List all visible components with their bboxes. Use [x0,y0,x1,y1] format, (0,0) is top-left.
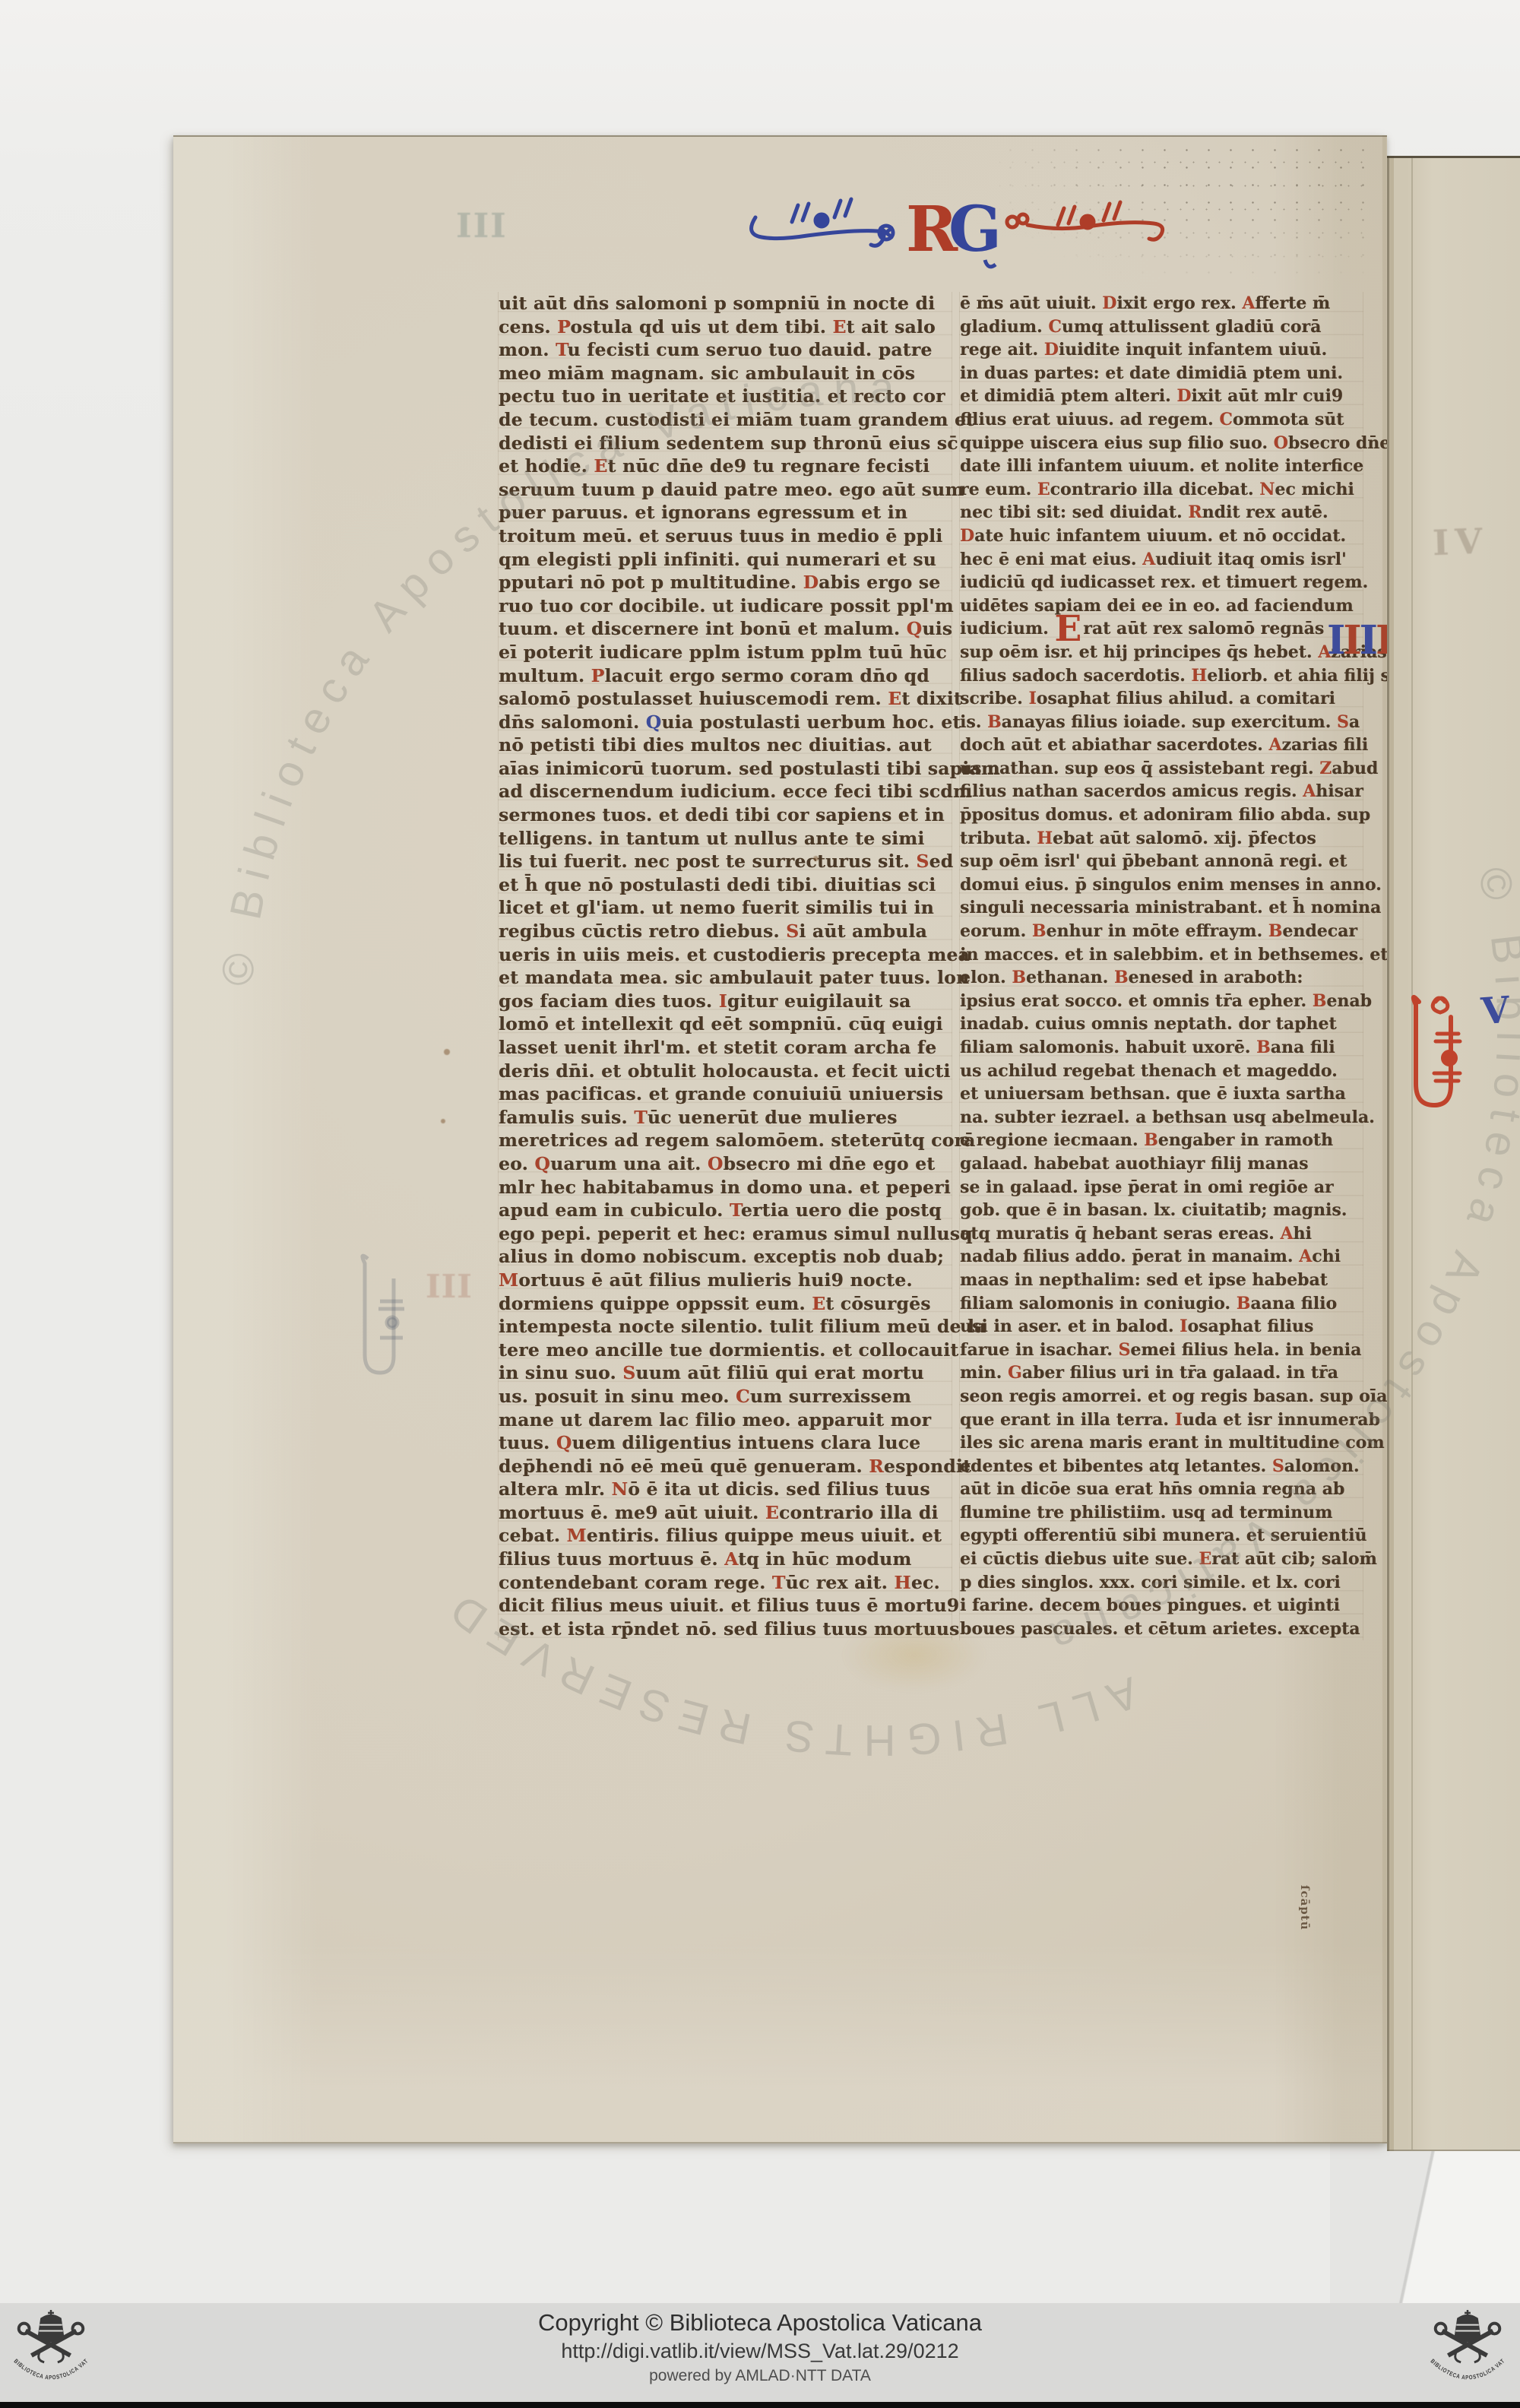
manuscript-line: uidētes sapiam dei ee in eo. ad faciendu… [960,594,1363,618]
manuscript-line: et mandata mea. sic ambulauit pater tuus… [499,966,952,990]
manuscript-line: dicit filius meus uiuit. et filius tuus … [499,1594,952,1617]
manuscript-line: na. subter iezrael. a bethsan usq abelme… [960,1106,1363,1130]
manuscript-line: lomō et intellexit qd eēt sompniū. cūq e… [499,1012,952,1036]
footer-url: http://digi.vatlib.it/view/MSS_Vat.lat.2… [0,2340,1520,2363]
manuscript-line: eorum. Benhur in mōte effraym. Bendecar [960,920,1363,943]
manuscript-line: maas in nepthalim: sed et ipse habebat [960,1269,1363,1292]
manuscript-line: domui eius. p̄ singulos enim menses in a… [960,873,1363,897]
manuscript-line: filius tuus mortuus ē. Atq in hūc modum [499,1548,952,1571]
manuscript-line: puer paruus. et ignorans egressum et in [499,501,952,524]
manuscript-line: in sinu suo. Suum aūt filiū qui erat mor… [499,1361,952,1385]
manuscript-line: seruum tuum p dauid patre meo. ego aūt s… [499,478,952,502]
manuscript-line: aūt in dicōe sua erat hn̄s omnia regna a… [960,1478,1363,1501]
manuscript-line: et uniuersam bethsan. que ē iuxta sartha [960,1082,1363,1106]
text-column-left: uit aūt dn̄s salomoni p sompniū in nocte… [498,292,952,1640]
manuscript-line: us. posuit in sinu meo. Cum surrexissem [499,1385,952,1408]
parchment-freckle [441,1119,445,1123]
manuscript-line: i farine. decem boues pingues. et uigint… [960,1594,1363,1617]
next-leaf-edge: IV V [1387,156,1520,2151]
manuscript-line: re eum. Econtrario illa dicebat. Nec mic… [960,478,1363,502]
manuscript-line: ē m̄s aūt uiuit. Dixit ergo rex. Afferte… [960,292,1363,315]
manuscript-line: salomō postulasset huiuscemodi rem. Et d… [499,687,952,711]
ghost-numeral-left: III [426,1268,473,1305]
chapter-numeral-stroke: I [1343,617,1359,664]
manuscript-line: deris dn̄i. et obtulit holocausta. et fe… [499,1060,952,1083]
manuscript-line: hec ē eni mat eius. Audiuit itaq omis is… [960,548,1363,572]
manuscript-line: singuli necessaria ministrabant. et h̄ n… [960,896,1363,920]
manuscript-line: aīas inimicorū tuorum. sed postulasti ti… [499,757,952,781]
manuscript-line: p̄positus domus. et adoniram filio abda.… [960,803,1363,827]
manuscript-line: que erant in illa terra. Iuda et isr inn… [960,1408,1363,1432]
red-marginal-flourish [1405,988,1466,1125]
manuscript-line: regibus cūctis retro diebus. Si aūt ambu… [499,920,952,943]
manuscript-line: eo. Quarum una ait. Obsecro mi dn̄e ego … [499,1152,952,1176]
manuscript-line: nō petisti tibi dies multos nec diuitias… [499,733,952,757]
manuscript-line: telligens. in tantum ut nullus ante te s… [499,827,952,851]
footer-black-bar [0,2402,1520,2408]
blue-flourish [752,199,893,246]
vatican-library-logo-right: BIBLIOTECA APOSTOLICA VATICANA [1423,2308,1512,2397]
manuscript-line: in macces. et in salebbim. et in bethsem… [960,943,1363,967]
manuscript-line: de tecum. custodisti ei miām tuam grande… [499,408,952,432]
digitized-manuscript-photo: R G uit aūt dn̄s salomoni p sompniū in n… [0,0,1520,2408]
manuscript-line: mas pacificas. et grande conuiuiū uniuer… [499,1082,952,1106]
manuscript-line: edentes et bibentes atq letantes. Salomo… [960,1455,1363,1478]
manuscript-line: Mortuus ē aūt filius mulieris hui9 nocte… [499,1269,952,1292]
manuscript-line: qm elegisti ppli infiniti. qui numerari … [499,548,952,572]
manuscript-line: cens. Postula qd uis ut dem tibi. Et ait… [499,315,952,339]
manuscript-line: sup oēm isrl' qui p̄bebant annonā regi. … [960,850,1363,873]
chapter-numeral-stroke: I [1327,617,1343,664]
manuscript-line: us nathan. sup eos q̄ assistebant regi. … [960,757,1363,781]
manuscript-line: meo miām magnam. sic ambulauit in cōs [499,362,952,385]
manuscript-line: dedisti ei filium sedentem sup thronū ei… [499,432,952,455]
manuscript-line: eī poterit iudicare pplm istum pplm tuū … [499,641,952,664]
manuscript-line: ad discernendum iudicium. ecce feci tibi… [499,780,952,803]
footer-band: BIBLIOTECA APOSTOLICA VATICANA Copyright… [0,2303,1520,2402]
manuscript-line: usi in aser. et in balod. Iosaphat filiu… [960,1315,1363,1339]
manuscript-line: mlr hec habitabamus in domo una. et pepe… [499,1176,952,1199]
manuscript-line: nadab filius addo. p̄erat in manaim. Ach… [960,1245,1363,1269]
manuscript-line: apud eam in cubiculo. Tertia uero die po… [499,1199,952,1222]
parchment-freckle [1094,534,1098,537]
manuscript-line: intempesta nocte silentio. tulit filium … [499,1315,952,1339]
parchment-stain [842,1619,986,1691]
manuscript-line: flumine tre philistiim. usq ad terminum [960,1501,1363,1525]
manuscript-line: famulis suis. Tūc uenerūt due mulieres [499,1106,952,1130]
backdrop-crease [1330,2136,1520,2307]
manuscript-line: atq muratis q̄ hebant seras ereas. Ahi [960,1222,1363,1246]
manuscript-line: filiam salomonis. habuit uxorē. Bana fil… [960,1036,1363,1060]
fold-line [1411,158,1413,2150]
footer-powered-by: powered by AMLAD·NTT DATA [0,2367,1520,2385]
manuscript-line: inadab. cuius omnis neptath. dor taphet [960,1012,1363,1036]
manuscript-line: mon. Tu fecisti cum seruo tuo dauid. pat… [499,338,952,362]
keys-tiara-emblem [1436,2310,1500,2362]
manuscript-line: gos faciam dies tuos. Igitur euigilauit … [499,990,952,1013]
manuscript-line: us achilud regebat thenach et mageddo. [960,1060,1363,1083]
manuscript-line: tuum. et discernere int bonū et malum. Q… [499,617,952,641]
chapter-numeral-IIII: IIII [1327,617,1392,664]
manuscript-line: filiam salomonis in coniugio. Baana fili… [960,1292,1363,1316]
manuscript-line: boues pascuales. et cētum arietes. excep… [960,1617,1363,1641]
manuscript-line: is. Banayas filius ioiade. sup exercitum… [960,711,1363,734]
manuscript-line: ego pepi. peperit et hec: eramus simul n… [499,1222,952,1246]
manuscript-line: tere meo ancille tue dormientis. et coll… [499,1339,952,1362]
manuscript-line: dn̄s salomoni. Quia postulasti uerbum ho… [499,711,952,734]
manuscript-line: tributa. Hebat aūt salomō. xij. p̄fectos [960,827,1363,851]
manuscript-line: mane ut darem lac filio meo. apparuit mo… [499,1408,952,1432]
manuscript-line: farue in isachar. Semei filius hela. in … [960,1339,1363,1362]
manuscript-line: gob. que ē in basan. lx. ciuitatib; magn… [960,1199,1363,1222]
manuscript-line: et hodie. Et nūc dn̄e de9 tu regnare fec… [499,455,952,478]
manuscript-line: gladium. Cumq attulissent gladiū corā [960,315,1363,339]
manuscript-line: in duas partes: et date dimidiā ptem uni… [960,362,1363,385]
parchment-freckle [444,1049,450,1055]
running-title-ornament: R G [745,185,1170,277]
footer-copyright: Copyright © Biblioteca Apostolica Vatica… [0,2309,1520,2337]
ghost-numeral-strip: IV [1432,521,1489,564]
manuscript-line: alius in domo nobiscum. exceptis nob dua… [499,1245,952,1269]
manuscript-line: scribe. Iosaphat filius ahilud. a comita… [960,687,1363,711]
manuscript-line: filius nathan sacerdos amicus regis. Ahi… [960,780,1363,803]
ghost-numeral-top: III [456,207,508,246]
manuscript-line: nec tibi sit: sed diuidat. Rndit rex aut… [960,501,1363,524]
manuscript-line: licet et gl'iam. ut nemo fuerit similis … [499,896,952,920]
manuscript-line: tuus. Quem diligentius intuens clara luc… [499,1431,952,1455]
chapter-initial-V: V [1480,989,1511,1033]
manuscript-line: p dies singlos. xxx. cori simile. et lx.… [960,1571,1363,1595]
red-flourish [1007,202,1163,239]
text-column-right: ē m̄s aūt uiuit. Dixit ergo rex. Afferte… [959,292,1363,1640]
manuscript-line: uit aūt dn̄s salomoni p sompniū in nocte… [499,292,952,315]
manuscript-line: ei cūctis diebus uite sue. Erat aūt cib;… [960,1548,1363,1571]
manuscript-line: mortuus ē. me9 aūt uiuit. Econtrario ill… [499,1501,952,1525]
manuscript-line: rege ait. Diuidite inquit infantem uiuū. [960,338,1363,362]
manuscript-line: et dimidiā ptem alteri. Dixit aūt mlr cu… [960,385,1363,408]
manuscript-line: sermones tuos. et dedi tibi cor sapiens … [499,803,952,827]
vertical-marginalia: ſcāptū [1298,1885,1312,1900]
parchment-freckle [813,856,819,861]
manuscript-line: e regione iecmaan. Bengaber in ramoth [960,1129,1363,1152]
manuscript-line: et h̄ que nō postulasti dedi tibi. diuit… [499,873,952,897]
manuscript-line: elon. Bethanan. Benesed in araboth: [960,966,1363,990]
manuscript-line: egypti offerentiū sibi munera. et seruie… [960,1524,1363,1548]
manuscript-line: lasset uenit ihrl'm. et stetit coram arc… [499,1036,952,1060]
manuscript-line: multum. Placuit ergo sermo coram dn̄o qd [499,664,952,688]
manuscript-line: sup oēm isr. et hij principes q̄s hebet.… [960,641,1363,664]
manuscript-line: ipsius erat socco. et omnis tr̄a epher. … [960,990,1363,1013]
manuscript-line: pectu tuo in ueritate et iustitia. et re… [499,385,952,408]
running-title-letter-right: G [948,193,1002,266]
chapter-numeral-stroke: I [1360,617,1376,664]
manuscript-line: contendebant coram rege. Tūc rex ait. He… [499,1571,952,1595]
manuscript-line: lis tui fuerit. nec post te surrecturus … [499,850,952,873]
manuscript-line: se in galaad. ipse p̄erat in omi regiōe … [960,1176,1363,1199]
manuscript-line: dormiens quippe oppssit eum. Et cōsurgēs [499,1292,952,1316]
manuscript-line: iudiciū qd iudicasset rex. et timuert re… [960,571,1363,594]
manuscript-leaf: R G uit aūt dn̄s salomoni p sompniū in n… [173,135,1387,2143]
manuscript-line: galaad. habebat auothiayr filij manas [960,1152,1363,1176]
manuscript-line: altera mlr. Nō ē ita ut dicis. sed filiu… [499,1478,952,1501]
manuscript-line: troitum meū. et seruus tuus in medio ē p… [499,524,952,548]
manuscript-line: seon regis amorrei. et og regis basan. s… [960,1385,1363,1408]
manuscript-line: ruo tuo cor docibile. ut iudicare possit… [499,594,952,618]
manuscript-line: iles sic arena maris erant in multitudin… [960,1431,1363,1455]
manuscript-line: iudicium. Erat aūt rex salomō regnās [960,617,1363,641]
manuscript-line: doch aūt et abiathar sacerdotes. Azarias… [960,733,1363,757]
manuscript-line: cebat. Mentiris. filius quippe meus uiui… [499,1524,952,1548]
manuscript-line: dep̄hendi nō eē meū quē genueram. Respon… [499,1455,952,1478]
manuscript-line: filius sadoch sacerdotis. Heliorb. et ah… [960,664,1363,688]
manuscript-line: meretrices ad regem salomōem. steterūtq … [499,1129,952,1152]
manuscript-line: ueris in uiis meis. et custodieris prece… [499,943,952,967]
manuscript-line: Date huic infantem uiuum. et nō occidat. [960,524,1363,548]
ghost-flourish [354,1248,423,1400]
manuscript-line: min. Gaber filius uri in tr̄a galaad. in… [960,1361,1363,1385]
manuscript-line: pputari nō pot p multitudine. Dabis ergo… [499,571,952,594]
manuscript-line: quippe uiscera eius sup filio suo. Obsec… [960,432,1363,455]
manuscript-line: date illi infantem uiuum. et nolite inte… [960,455,1363,478]
manuscript-line: filius erat uiuus. ad regem. Commota sūt [960,408,1363,432]
